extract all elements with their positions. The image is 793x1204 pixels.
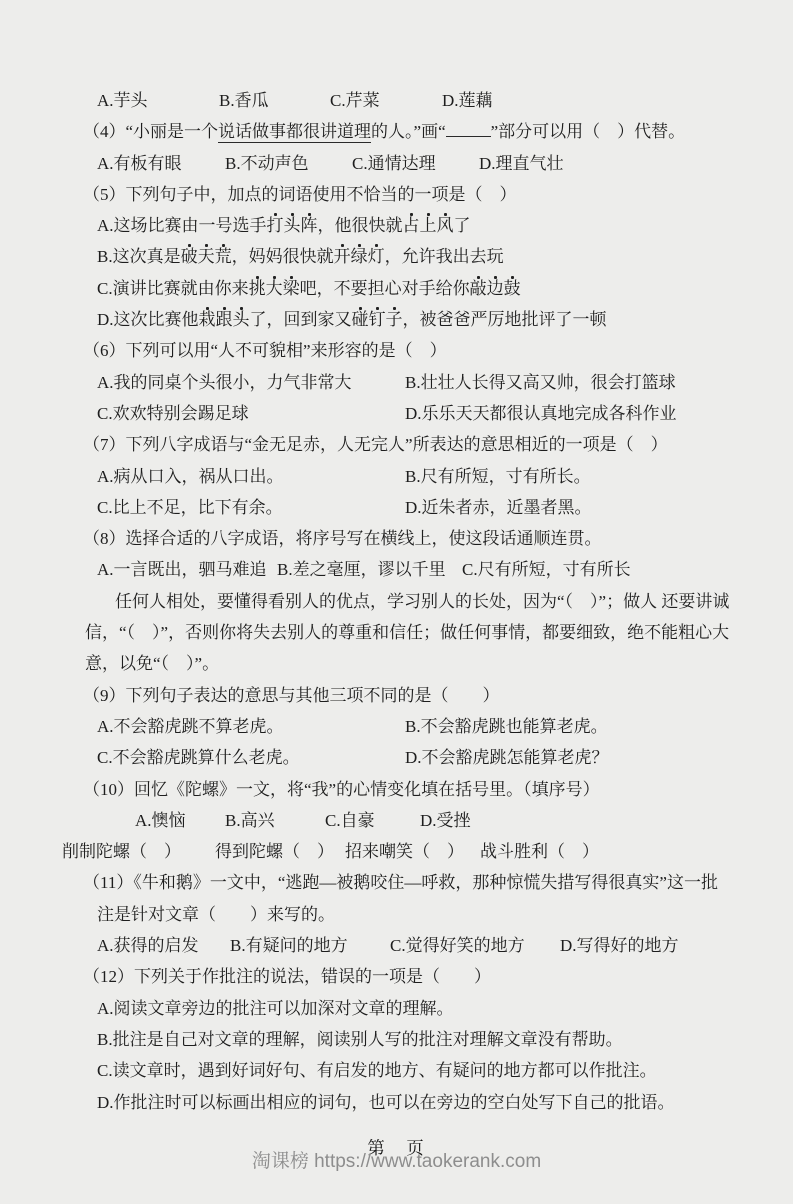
question-8-option-c: C.尺有所短，寸有所长 [462,554,631,585]
question-10-option-b: B.高兴 [225,805,325,836]
question-8-stem: （8）选择合适的八字成语，将序号写在横线上，使这段话通顺连贯。 [62,523,775,554]
sequence-item-1: 削制陀螺（ ） [62,836,215,867]
question-11-options-row: A.获得的启发B.有疑问的地方C.觉得好笑的地方D.写得好的地方 [62,930,775,961]
question-12-stem: （12）下列关于作批注的说法，错误的一项是（ ） [62,961,775,992]
question-12-option-a: A.阅读文章旁边的批注可以加深对文章的理解。 [62,993,775,1024]
question-9-stem: （9）下列句子表达的意思与其他三项不同的是（ ） [62,680,775,711]
question-5-option-c: C.演讲比赛就由你来挑大梁吧，不要担心对手给你敲边鼓 [62,273,775,304]
emphasized-idiom: 栽跟头 [199,305,250,329]
question-3-option-b: B.香瓜 [219,85,330,116]
question-11-option-c: C.觉得好笑的地方 [390,930,560,961]
question-4-stem-post: ”部分可以用（ ）代替。 [491,122,686,141]
question-9-option-d: D.不会豁虎跳怎能算老虎？ [405,742,609,773]
sequence-item-2: 得到陀螺（ ） [215,836,345,867]
emphasized-idiom: 打头阵 [267,211,318,235]
question-4-stem-mid: 的人。”画“ [371,122,446,141]
question-4-blank-line [446,119,491,137]
question-5-option-a: A.这场比赛由一号选手打头阵，他很快就占上风了 [62,210,775,241]
question-9-options-row-1: A.不会豁虎跳不算老虎。B.不会豁虎跳也能算老虎。 [62,711,775,742]
question-9-option-a: A.不会豁虎跳不算老虎。 [97,711,405,742]
question-7-option-b: B.尺有所短，寸有所长。 [405,461,591,492]
question-6-option-c: C.欢欢特别会踢足球 [97,398,405,429]
exam-sheet-page: A.芋头B.香瓜C.芹菜D.莲藕 （4）“小丽是一个说话做事都很讲道理的人。”画… [0,0,793,1204]
question-7-option-d: D.近朱者赤，近墨者黑。 [405,492,592,523]
question-6-option-a: A.我的同桌个头很小，力气非常大 [97,367,405,398]
question-10-option-d: D.受挫 [420,805,471,836]
question-10-options-row: A.懊恼B.高兴C.自豪D.受挫 [62,805,775,836]
question-9-options-row-2: C.不会豁虎跳算什么老虎。D.不会豁虎跳怎能算老虎？ [62,742,775,773]
question-4-option-b: B.不动声色 [225,148,352,179]
question-12-option-c: C.读文章时，遇到好词好句、有启发的地方、有疑问的地方都可以作批注。 [62,1055,775,1086]
question-4-option-a: A.有板有眼 [97,148,225,179]
question-4-stem: （4）“小丽是一个说话做事都很讲道理的人。”画“”部分可以用（ ）代替。 [62,116,775,147]
option-text: C.演讲比赛就由你来 [97,279,249,298]
question-4-stem-pre: （4）“小丽是一个 [83,122,218,141]
emphasized-idiom: 占上风 [403,211,454,235]
option-text: ，妈妈很快就 [232,247,334,266]
question-10-option-c: C.自豪 [325,805,420,836]
option-text: D.这次比赛他 [97,310,199,329]
question-12-option-b: B.批注是自己对文章的理解，阅读别人写的批注对理解文章没有帮助。 [62,1024,775,1055]
question-4-options-row: A.有板有眼B.不动声色C.通情达理D.理直气壮 [62,148,775,179]
question-6-stem: （6）下列可以用“人不可貌相”来形容的是（ ） [62,335,775,366]
question-8-option-b: B.差之毫厘，谬以千里 [277,554,462,585]
emphasized-idiom: 开绿灯 [334,242,385,266]
sequence-item-3: 招来嘲笑（ ） [345,836,480,867]
question-6-options-row-2: C.欢欢特别会踢足球D.乐乐天天都很认真地完成各科作业 [62,398,775,429]
question-6-option-b: B.壮壮人长得又高又帅，很会打篮球 [405,367,676,398]
question-3-option-c: C.芹菜 [330,85,442,116]
question-8-option-a: A.一言既出，驷马难追 [97,554,277,585]
question-11-option-d: D.写得好的地方 [560,930,679,961]
question-4-option-c: C.通情达理 [352,148,479,179]
option-text: ，他很快就 [318,216,403,235]
question-8-paragraph-line-1: 任何人相处，要懂得看别人的优点，学习别人的长处，因为“（ ）”；做人 还要讲诚 [62,586,775,617]
question-3-option-d: D.莲藕 [442,85,493,116]
question-7-options-row-1: A.病从口入，祸从口出。B.尺有所短，寸有所长。 [62,461,775,492]
option-text: 了 [454,216,471,235]
option-text: 吧，不要担心对手给你 [300,279,470,298]
emphasized-idiom: 碰钉子 [352,305,403,329]
exam-content: A.芋头B.香瓜C.芹菜D.莲藕 （4）“小丽是一个说话做事都很讲道理的人。”画… [62,85,775,1118]
sequence-item-4: 战斗胜利（ ） [480,836,599,867]
question-10-sequence-row: 削制陀螺（ ）得到陀螺（ ）招来嘲笑（ ）战斗胜利（ ） [62,836,775,867]
question-10-stem: （10）回忆《陀螺》一文，将“我”的心情变化填在括号里。（填序号） [62,774,775,805]
question-3-options-row: A.芋头B.香瓜C.芹菜D.莲藕 [62,85,775,116]
question-6-option-d: D.乐乐天天都很认真地完成各科作业 [405,398,677,429]
question-12-option-d: D.作批注时可以标画出相应的词句，也可以在旁边的空白处写下自己的批语。 [62,1087,775,1118]
question-8-options-row: A.一言既出，驷马难追B.差之毫厘，谬以千里C.尺有所短，寸有所长 [62,554,775,585]
option-text: ，被爸爸严厉地批评了一顿 [403,310,607,329]
question-9-option-b: B.不会豁虎跳也能算老虎。 [405,711,608,742]
watermark-url: 淘课榜 https://www.taokerank.com [0,1146,793,1173]
question-5-option-b: B.这次真是破天荒，妈妈很快就开绿灯，允许我出去玩 [62,241,775,272]
question-8-paragraph-line-3: 意，以免“（ ）”。 [62,648,775,679]
question-11-stem-line-2: 注是针对文章（ ）来写的。 [62,899,775,930]
question-5-option-d: D.这次比赛他栽跟头了，回到家又碰钉子，被爸爸严厉地批评了一顿 [62,304,775,335]
emphasized-idiom: 破天荒 [181,242,232,266]
option-text: A.这场比赛由一号选手 [97,216,267,235]
question-7-option-c: C.比上不足，比下有余。 [97,492,405,523]
question-11-stem-line-1: （11）《牛和鹅》一文中，“逃跑—被鹅咬住—呼救，那种惊慌失措写得很真实”这一批 [62,867,775,898]
question-8-paragraph-line-2: 信，“（ ）”，否则你将失去别人的尊重和信任；做任何事情，都要细致，绝不能粗心大 [62,617,775,648]
emphasized-idiom: 敲边鼓 [470,274,521,298]
question-7-option-a: A.病从口入，祸从口出。 [97,461,405,492]
question-4-underlined-phrase: 说话做事都很讲道理 [218,122,371,143]
option-text: ，允许我出去玩 [385,247,504,266]
question-4-option-d: D.理直气壮 [479,148,564,179]
question-9-option-c: C.不会豁虎跳算什么老虎。 [97,742,405,773]
question-11-option-a: A.获得的启发 [97,930,230,961]
question-5-stem: （5）下列句子中，加点的词语使用不恰当的一项是（ ） [62,179,775,210]
question-3-option-a: A.芋头 [97,85,219,116]
emphasized-idiom: 挑大梁 [249,274,300,298]
question-7-options-row-2: C.比上不足，比下有余。D.近朱者赤，近墨者黑。 [62,492,775,523]
question-7-stem: （7）下列八字成语与“金无足赤，人无完人”所表达的意思相近的一项是（ ） [62,429,775,460]
question-6-options-row-1: A.我的同桌个头很小，力气非常大B.壮壮人长得又高又帅，很会打篮球 [62,367,775,398]
option-text: B.这次真是 [97,247,181,266]
question-10-option-a: A.懊恼 [135,805,225,836]
question-11-option-b: B.有疑问的地方 [230,930,390,961]
option-text: 了，回到家又 [250,310,352,329]
